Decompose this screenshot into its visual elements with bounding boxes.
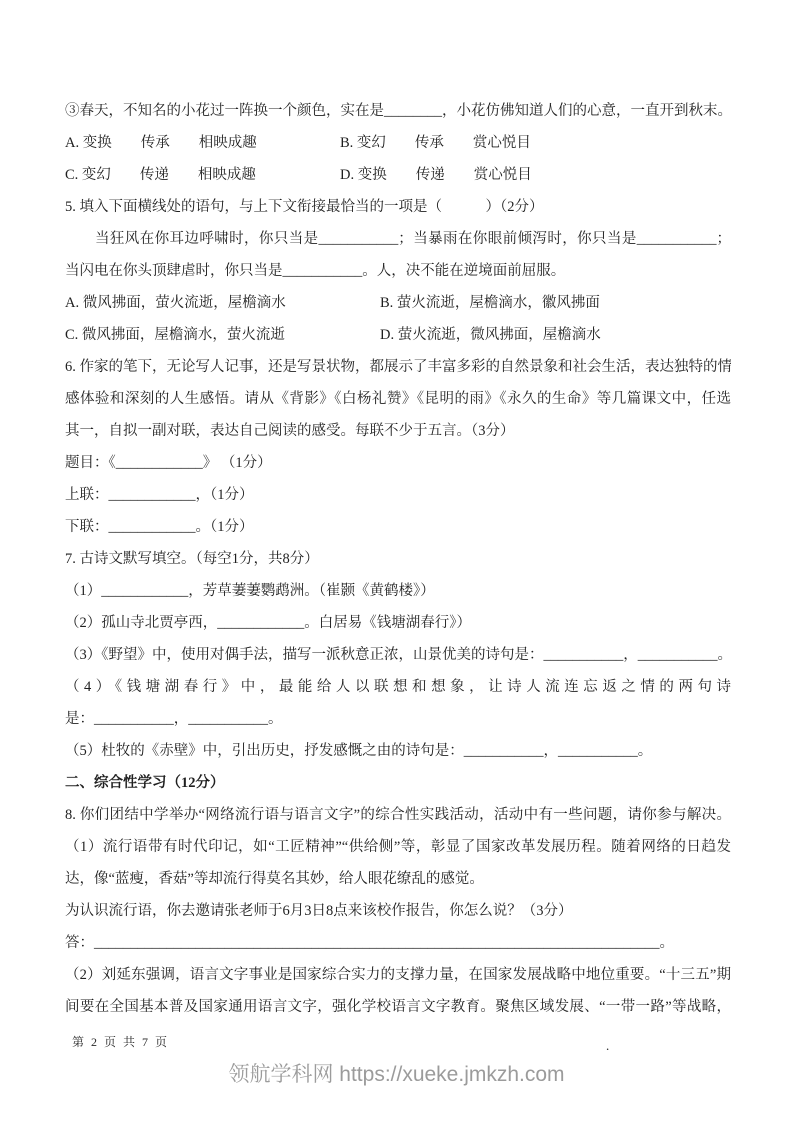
- q5-options-row-cd: C. 微风拂面，屋檐滴水，萤火流逝 D. 萤火流逝，微风拂面，屋檐滴水: [65, 319, 731, 351]
- q3-option-c: C. 变幻 传递 相映成趣: [65, 159, 340, 191]
- q5-option-b: B. 萤火流逝，屋檐滴水，徽风拂面: [380, 287, 600, 319]
- q6-stem-line-3: 其一，自拟一副对联，表达自己阅读的感受。每联不少于五言。（3分）: [65, 415, 731, 447]
- q7-item-3: （3）《野望》中，使用对偶手法，描写一派秋意正浓，山景优美的诗句是：______…: [65, 639, 731, 671]
- q3-stem: ③春天，不知名的小花过一阵换一个颜色，实在是________，小花仿佛知道人们的…: [65, 95, 731, 127]
- q6-stem-line-1: 6. 作家的笔下，无论写人记事，还是写景状物，都展示了丰富多彩的自然景象和社会生…: [65, 351, 731, 383]
- q8-item-1-line-1: （1）流行语带有时代印记，如“工匠精神”“供给侧”等，彰显了国家改革发展历程。随…: [65, 831, 731, 863]
- q5-stem: 5. 填入下面横线处的语句，与上下文衔接最恰当的一项是（ ）（2分）: [65, 191, 731, 223]
- page-number-footer: 第 2 页 共 7 页: [72, 1034, 169, 1050]
- q7-item-2: （2）孤山寺北贾亭西，____________。白居易《钱塘湖春行》）: [65, 607, 731, 639]
- q8-item-2-line-1: （2）刘延东强调，语言文字事业是国家综合实力的支撑力量，在国家发展战略中地位重要…: [65, 959, 731, 991]
- q3-option-d: D. 变换 传递 赏心悦目: [340, 159, 532, 191]
- q5-option-d: D. 萤火流逝，微风拂面，屋檐滴水: [380, 319, 601, 351]
- q7-item-4-line-2: 是：___________，___________。: [65, 703, 731, 735]
- q7-item-1: （1）____________，芳草萋萋鹦鹉洲。（崔颢《黄鹤楼》）: [65, 575, 731, 607]
- section-2-heading: 二、综合性学习（12分）: [65, 767, 731, 799]
- q8-answer-blank-line: 答：______________________________________…: [65, 927, 731, 959]
- exam-page: ③春天，不知名的小花过一阵换一个颜色，实在是________，小花仿佛知道人们的…: [0, 0, 793, 1122]
- q5-passage-line-2: 当闪电在你头顶肆虐时，你只当是___________。人，决不能在逆境面前屈服。: [65, 255, 731, 287]
- q6-upper-couplet-line: 上联：____________，（1分）: [65, 479, 731, 511]
- q3-options-row-ab: A. 变换 传承 相映成趣 B. 变幻 传承 赏心悦目: [65, 127, 731, 159]
- q6-lower-couplet-line: 下联：____________。（1分）: [65, 511, 731, 543]
- watermark-text: 领航学科网 https://xueke.jmkzh.com: [0, 1060, 793, 1090]
- q7-stem: 7. 古诗文默写填空。（每空1分，共8分）: [65, 543, 731, 575]
- q7-item-4-line-1: （4）《钱塘湖春行》中，最能给人以联想和想象，让诗人流连忘返之情的两句诗: [65, 671, 731, 703]
- q6-title-blank-line: 题目：《____________》 （1分）: [65, 447, 731, 479]
- q3-option-b: B. 变幻 传承 赏心悦目: [340, 127, 531, 159]
- q5-option-c: C. 微风拂面，屋檐滴水，萤火流逝: [65, 319, 380, 351]
- q7-item-5: （5）杜牧的《赤壁》中，引出历史，抒发感慨之由的诗句是：___________，…: [65, 735, 731, 767]
- q3-option-a: A. 变换 传承 相映成趣: [65, 127, 340, 159]
- q8-item-1-line-2: 达，像“蓝瘦，香菇”等却流行得莫名其妙，给人眼花缭乱的感觉。: [65, 863, 731, 895]
- q6-stem-line-2: 感体验和深刻的人生感悟。请从《背影》《白杨礼赞》《昆明的雨》《永久的生命》等几篇…: [65, 383, 731, 415]
- q8-item-2-line-2: 间要在全国基本普及国家通用语言文字，强化学校语言文字教育。聚焦区域发展、“一带一…: [65, 991, 731, 1023]
- q8-item-1-question: 为认识流行语，你去邀请张老师于6月3日8点来该校作报告，你怎么说？（3分）: [65, 895, 731, 927]
- q8-stem: 8. 你们团结中学举办“网络流行语与语言文字”的综合性实践活动，活动中有一些问题…: [65, 799, 731, 831]
- q5-option-a: A. 微风拂面，萤火流逝，屋檐滴水: [65, 287, 380, 319]
- q3-options-row-cd: C. 变幻 传递 相映成趣 D. 变换 传递 赏心悦目: [65, 159, 731, 191]
- stray-dot: .: [606, 1038, 609, 1054]
- q5-options-row-ab: A. 微风拂面，萤火流逝，屋檐滴水 B. 萤火流逝，屋檐滴水，徽风拂面: [65, 287, 731, 319]
- q5-passage-line-1: 当狂风在你耳边呼啸时，你只当是___________；当暴雨在你眼前倾泻时，你只…: [65, 223, 731, 255]
